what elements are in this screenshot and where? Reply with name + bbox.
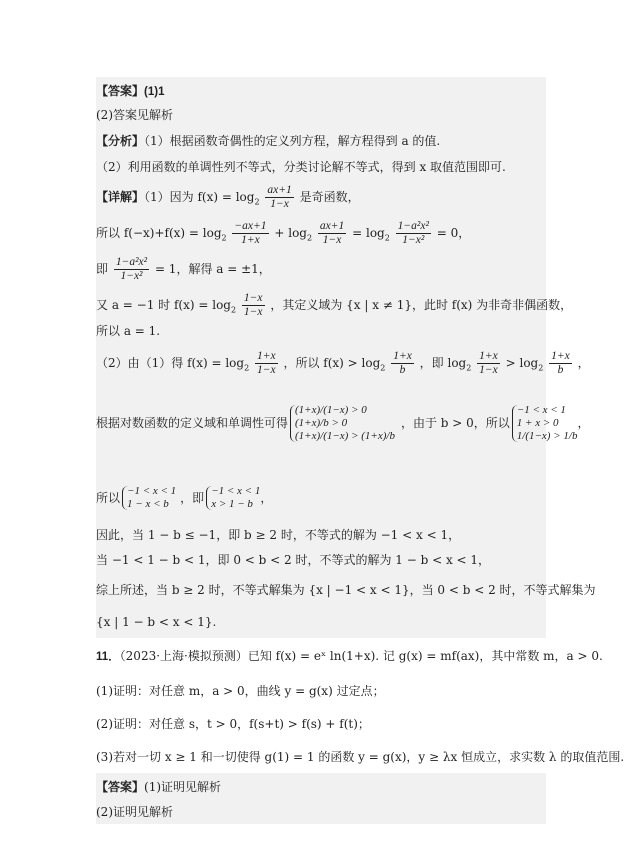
case-line-1: 因此，当 1 − b ≤ −1，即 b ≥ 2 时，不等式的解为 −1 < x … bbox=[96, 527, 460, 543]
fraction: ax+11−x bbox=[265, 184, 293, 211]
fraction: −ax+11+x bbox=[232, 220, 268, 247]
analysis-line-1: 【分析】（1）根据函数奇偶性的定义列方程，解方程得到 a 的值. bbox=[96, 133, 440, 149]
fraction: 1+x1−x bbox=[477, 350, 500, 377]
analysis-label: 【分析】 bbox=[96, 134, 144, 148]
detail-line-6: （2）由（1）得 f(x) = log2 1+x1−x ，所以 f(x) > l… bbox=[96, 350, 590, 377]
answer-line-2: (2)答案见解析 bbox=[96, 107, 173, 123]
detail-line-system: 根据对数函数的定义域和单调性可得 (1+x)/(1−x) > 0 (1+x)/b… bbox=[96, 378, 589, 468]
detail-line-4: 又 a = −1 时 f(x) = log2 1−x1−x ，其定义域为 {x … bbox=[96, 292, 572, 319]
question-11-stem: 11．（2023·上海·模拟预测）已知 f(x) = eˣ ln(1+x). 记… bbox=[96, 648, 603, 665]
detail-line-5: 所以 a = 1. bbox=[96, 323, 160, 339]
fraction: 1−a²x²1−x² bbox=[114, 256, 149, 283]
fraction: 1−a²x²1−x² bbox=[396, 220, 431, 247]
answer-line-1: 【答案】(1)1 bbox=[96, 83, 164, 100]
answer-label: 【答案】 bbox=[96, 84, 144, 98]
fraction: 1+xb bbox=[391, 350, 414, 377]
detail-line-3: 即 1−a²x²1−x² = 1，解得 a = ±1， bbox=[96, 256, 271, 283]
question-11-part-2: (2)证明：对任意 s，t > 0，f(s+t) > f(s) + f(t)； bbox=[96, 716, 370, 732]
summary-line-1: 综上所述，当 b ≥ 2 时，不等式解集为 {x | −1 < x < 1}，当… bbox=[96, 582, 596, 598]
equation-system-1: (1+x)/(1−x) > 0 (1+x)/b > 0 (1+x)/(1−x) … bbox=[288, 405, 395, 442]
detail-label: 【详解】 bbox=[96, 190, 144, 204]
fraction: 1+xb bbox=[549, 350, 572, 377]
fraction: 1−x1−x bbox=[242, 292, 265, 319]
equation-system-4: −1 < x < 1x > 1 − b bbox=[204, 486, 260, 510]
summary-line-2: {x | 1 − b < x < 1}. bbox=[96, 614, 216, 630]
question-11-part-3: (3)若对一切 x ≥ 1 和一切使得 g(1) = 1 的函数 y = g(x… bbox=[96, 749, 624, 765]
detail-line-1: 【详解】（1）因为 f(x) = log2 ax+11−x 是奇函数， bbox=[96, 184, 360, 211]
answer-2-line-1: 【答案】(1)证明见解析 bbox=[96, 779, 221, 795]
answer-label: 【答案】 bbox=[96, 780, 144, 794]
equation-system-3: −1 < x < 11 − x < b bbox=[120, 486, 176, 510]
question-source: （2023·上海·模拟预测） bbox=[120, 649, 248, 663]
analysis-line-2: （2）利用函数的单调性列不等式，分类讨论解不等式，得到 x 取值范围即可. bbox=[96, 159, 506, 175]
question-11-part-1: (1)证明：对任意 m，a > 0，曲线 y = g(x) 过定点； bbox=[96, 683, 385, 699]
question-number: 11． bbox=[96, 651, 120, 663]
case-line-2: 当 −1 < 1 − b < 1，即 0 < b < 2 时，不等式的解为 1 … bbox=[96, 552, 490, 568]
fraction: 1+x1−x bbox=[255, 350, 278, 377]
fraction: ax+11−x bbox=[318, 220, 346, 247]
detail-line-2: 所以 f(−x)+f(x) = log2 −ax+11+x + log2 ax+… bbox=[96, 220, 470, 247]
answer-2-line-2: (2)证明见解析 bbox=[96, 804, 173, 820]
equation-system-2: −1 < x < 1 1 + x > 0 1/(1−x) > 1/b bbox=[510, 405, 578, 442]
detail-line-suoyi: 所以 −1 < x < 11 − x < b ，即 −1 < x < 1x > … bbox=[96, 480, 272, 516]
